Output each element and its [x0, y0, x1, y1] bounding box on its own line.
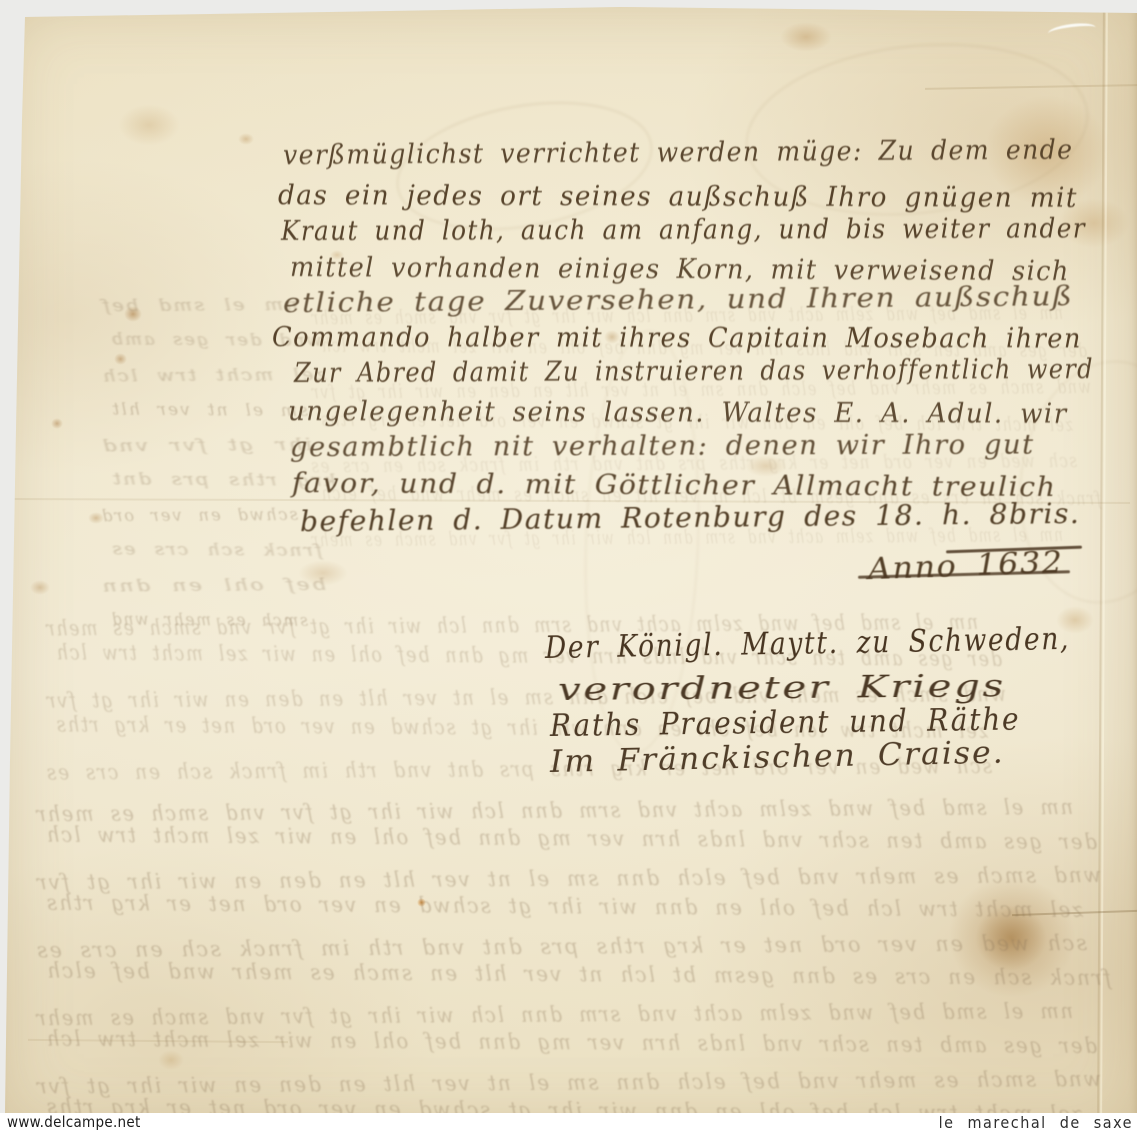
paper-stain [51, 418, 63, 429]
paper-stain [114, 353, 127, 365]
watermark-seller-text: le marechal de saxe [939, 1113, 1137, 1131]
paper-tear-mark [1047, 21, 1096, 40]
paper-stain [985, 95, 1110, 207]
paper-crease [1097, 10, 1105, 1113]
paper-stain [745, 455, 787, 477]
paper-stain [298, 560, 348, 586]
manuscript-photo: nm el smd befwnd der ges ambzel mcht trw… [0, 0, 1137, 1131]
watermark-strip: www.delcampe.net le marechal de saxe [0, 1113, 1137, 1131]
watermark-site-text: www.delcampe.net [0, 1113, 141, 1131]
paper-crease [925, 84, 1137, 90]
paper-stain [975, 905, 1047, 971]
paper-stain [330, 250, 344, 260]
paper-stain [124, 306, 142, 322]
paper-stain [417, 898, 426, 907]
paper-stain [30, 580, 50, 595]
showthrough-flourish [737, 27, 1097, 231]
showthrough-flourish [578, 328, 707, 756]
paper-stain [158, 1050, 184, 1070]
paper-stain [604, 330, 620, 344]
paper-crease [28, 1039, 288, 1043]
paper-crease [1012, 910, 1137, 916]
showthrough-flourish [386, 83, 662, 248]
paper-sheet [0, 0, 1137, 1131]
paper-crease [10, 498, 1130, 504]
paper-stain [1056, 606, 1094, 634]
paper-stain [238, 133, 254, 145]
paper-stain [118, 104, 180, 146]
paper-stain [780, 22, 832, 52]
paper-stain [948, 876, 1076, 998]
showthrough-flourish [1004, 349, 1137, 615]
paper-stain [88, 512, 104, 524]
paper-crease [1100, 10, 1108, 1113]
paper-stain [1058, 198, 1130, 248]
